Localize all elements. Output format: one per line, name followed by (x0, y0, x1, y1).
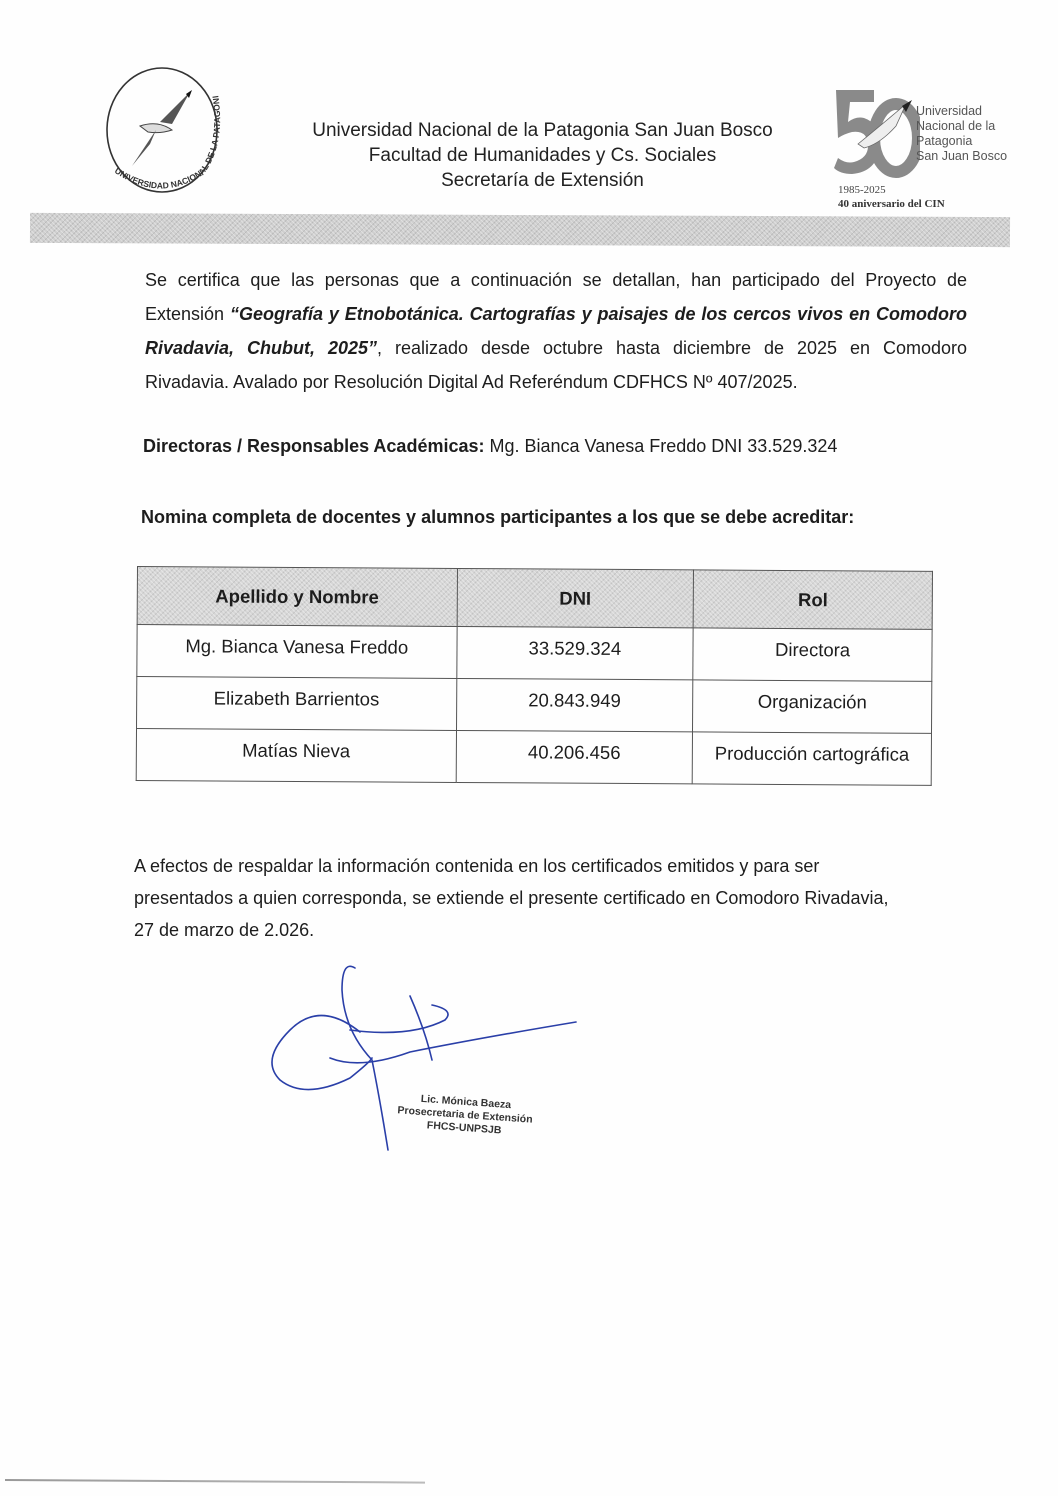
anniversary-university-text: Universidad Nacional de la Patagonia San… (916, 104, 1007, 164)
participant-name: Matías Nieva (136, 729, 456, 783)
header-divider-band (30, 213, 1010, 247)
directors-line: Directoras / Responsables Académicas: Mg… (143, 433, 943, 459)
faculty-name: Facultad de Humanidades y Cs. Sociales (290, 143, 795, 168)
participants-table: Apellido y Nombre DNI Rol Mg. Bianca Van… (136, 566, 933, 786)
directors-label: Directoras / Responsables Académicas: (143, 436, 484, 456)
certification-paragraph: Se certifica que las personas que a cont… (145, 263, 967, 399)
column-header-dni: DNI (457, 568, 694, 627)
anniversary-logo: Universidad Nacional de la Patagonia San… (830, 86, 1015, 216)
directors-value: Mg. Bianca Vanesa Freddo DNI 33.529.324 (484, 436, 837, 456)
table-header-row: Apellido y Nombre DNI Rol (137, 567, 932, 630)
table-row: Matías Nieva 40.206.456 Producción carto… (136, 729, 931, 786)
participant-role: Organización (693, 680, 932, 733)
column-header-name: Apellido y Nombre (137, 567, 457, 627)
university-seal-icon: UNIVERSIDAD NACIONAL DE LA PATAGONIA SAN… (100, 64, 230, 202)
participant-dni: 40.206.456 (456, 730, 693, 783)
institution-header: Universidad Nacional de la Patagonia San… (290, 118, 795, 193)
department-name: Secretaría de Extensión (290, 168, 795, 193)
certificate-page: UNIVERSIDAD NACIONAL DE LA PATAGONIA SAN… (0, 0, 1058, 1496)
participant-role: Producción cartográfica (692, 732, 931, 785)
participant-name: Elizabeth Barrientos (137, 677, 457, 731)
participant-name: Mg. Bianca Vanesa Freddo (137, 625, 457, 679)
participant-role: Directora (693, 628, 932, 681)
participants-heading: Nomina completa de docentes y alumnos pa… (141, 504, 941, 530)
anniversary-years: 1985-2025 (838, 184, 886, 196)
closing-paragraph: A efectos de respaldar la información co… (134, 850, 904, 946)
university-name: Universidad Nacional de la Patagonia San… (290, 118, 795, 143)
participant-dni: 33.529.324 (456, 626, 693, 679)
participant-dni: 20.843.949 (456, 678, 693, 731)
column-header-role: Rol (693, 570, 932, 629)
footer-rule (5, 1479, 425, 1484)
table-row: Mg. Bianca Vanesa Freddo 33.529.324 Dire… (137, 625, 932, 682)
cin-anniversary: 40 aniversario del CIN (838, 198, 945, 210)
table-row: Elizabeth Barrientos 20.843.949 Organiza… (137, 677, 932, 734)
anniversary-50-icon (830, 86, 920, 181)
